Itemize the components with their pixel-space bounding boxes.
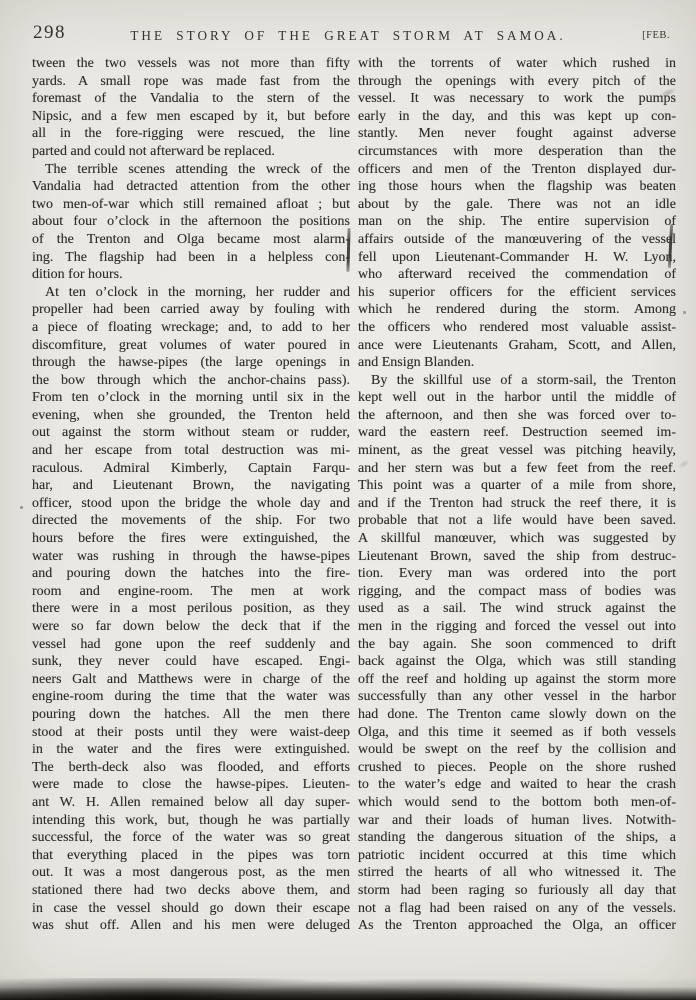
text-line: Vandalia had detracted attention from th… bbox=[32, 178, 350, 196]
text-line: about by the gale. There was not an idle bbox=[358, 196, 676, 214]
text-line: war and their loads of human lives. Notw… bbox=[358, 812, 676, 830]
text-line: were so far down below the deck that if … bbox=[32, 618, 350, 636]
text-line: probable that not a life would have been… bbox=[358, 512, 676, 530]
text-line: early in the day, and this was kept up c… bbox=[358, 108, 676, 126]
text-line: stationed there had two decks above them… bbox=[32, 882, 350, 900]
text-line: Lieutenant Brown, saved the ship from de… bbox=[358, 548, 676, 566]
text-line: standing the dangerous situation of the … bbox=[358, 829, 676, 847]
text-line: through the openings with every pitch of… bbox=[358, 73, 676, 91]
text-line: there were in a most perilous position, … bbox=[32, 600, 350, 618]
text-line: propeller had been carried away by fouli… bbox=[32, 301, 350, 319]
text-line: ing those hours when the flagship was be… bbox=[358, 178, 676, 196]
text-line: the officers who rendered most valuable … bbox=[358, 319, 676, 337]
text-line: circumstances with more desperation than… bbox=[358, 143, 676, 161]
text-line: directed the movements of the ship. For … bbox=[32, 512, 350, 530]
text-line: off the reef and holding up against the … bbox=[358, 671, 676, 689]
text-line: affairs outside of the manœuvering of th… bbox=[358, 231, 676, 249]
text-line: his superior officers for the efficient … bbox=[358, 284, 676, 302]
text-line: ant W. H. Allen remained below all day s… bbox=[32, 794, 350, 812]
text-line: storm had been raging so furiously all d… bbox=[358, 882, 676, 900]
text-line: officers and men of the Trenton displaye… bbox=[358, 161, 676, 179]
text-line: The berth-deck also was flooded, and eff… bbox=[32, 759, 350, 777]
text-line: water was rushing in through the hawse-p… bbox=[32, 548, 350, 566]
text-line: in the water and the fires were extingui… bbox=[32, 741, 350, 759]
text-line: the afternoon, and then she was forced o… bbox=[358, 407, 676, 425]
pencil-smudge bbox=[677, 458, 690, 469]
text-line: out against the storm without steam or r… bbox=[32, 424, 350, 442]
text-body: tween the two vessels was not more than … bbox=[32, 55, 676, 935]
text-line: foremast of the Vandalia to the stern of… bbox=[32, 90, 350, 108]
scanned-page: 298 THE STORY OF THE GREAT STORM AT SAMO… bbox=[0, 0, 696, 1000]
text-line: out. It was a most dangerous post, as th… bbox=[32, 864, 350, 882]
text-line: successfully than any other vessel in th… bbox=[358, 688, 676, 706]
text-line: crushed to pieces. People on the shore r… bbox=[358, 759, 676, 777]
text-line: the bow through which the anchor-chains … bbox=[32, 372, 350, 390]
text-line: the bay again. She soon commenced to dri… bbox=[358, 636, 676, 654]
text-line: of the Trenton and Olga became most alar… bbox=[32, 231, 350, 249]
text-line: intending this work, but, though he was … bbox=[32, 812, 350, 830]
text-line: ance were Lieutenants Graham, Scott, and… bbox=[358, 337, 676, 355]
text-line: not a flag had been raised on any of the… bbox=[358, 900, 676, 918]
text-line: room and engine-room. The men at work bbox=[32, 583, 350, 601]
text-line: yards. A small rope was made fast from t… bbox=[32, 73, 350, 91]
ink-speck bbox=[683, 311, 686, 314]
text-line: stantly. Men never fought against advers… bbox=[358, 125, 676, 143]
text-line: minent, as the great vessel was pitching… bbox=[358, 442, 676, 460]
text-line: kept well out in the harbor until the mi… bbox=[358, 389, 676, 407]
text-line: and Ensign Blanden. bbox=[358, 354, 676, 372]
text-line: As the Trenton approached the Olga, an o… bbox=[358, 917, 676, 935]
text-line: which he rendered during the storm. Amon… bbox=[358, 301, 676, 319]
text-line: to the water’s edge and waited to hear t… bbox=[358, 776, 676, 794]
text-line: a piece of floating wreckage; and, to ad… bbox=[32, 319, 350, 337]
text-line: dition for hours. bbox=[32, 266, 350, 284]
text-line: would be swept on the reef by the collis… bbox=[358, 741, 676, 759]
running-title: THE STORY OF THE GREAT STORM AT SAMOA. bbox=[130, 28, 565, 44]
text-line: used as a sail. The wind struck against … bbox=[358, 600, 676, 618]
text-line: har, and Lieutenant Brown, the navigatin… bbox=[32, 477, 350, 495]
text-line: hours before the fires were extinguished… bbox=[32, 530, 350, 548]
right-column: with the torrents of water which rushed … bbox=[358, 55, 676, 935]
text-line: stirred the hearts of all who witnessed … bbox=[358, 864, 676, 882]
text-line: neers Galt and Matthews were in charge o… bbox=[32, 671, 350, 689]
text-line: that everything placed in the pipes was … bbox=[32, 847, 350, 865]
text-line: two men-of-war which still remained aflo… bbox=[32, 196, 350, 214]
text-line: successful, the force of the water was s… bbox=[32, 829, 350, 847]
text-line: vessel. It was necessary to work the pum… bbox=[358, 90, 676, 108]
text-line: who afterward received the commendation … bbox=[358, 266, 676, 284]
text-line: A skillful manœuver, which was suggested… bbox=[358, 530, 676, 548]
text-line: which would send to the bottom both men-… bbox=[358, 794, 676, 812]
text-line: parted and could not afterward be replac… bbox=[32, 143, 350, 161]
text-line: From ten o’clock in the morning until si… bbox=[32, 389, 350, 407]
text-line: and her stern was but a few feet from th… bbox=[358, 460, 676, 478]
text-line: and her escape from total destruction wa… bbox=[32, 442, 350, 460]
page-bottom-scan-shadow bbox=[0, 978, 696, 1000]
text-line: rigging, and the compact mass of bodies … bbox=[358, 583, 676, 601]
text-line: Olga, and this time it seemed as if both… bbox=[358, 724, 676, 742]
text-line: officer, stood upon the bridge the whole… bbox=[32, 495, 350, 513]
text-line: The terrible scenes attending the wreck … bbox=[32, 161, 350, 179]
text-line: through the hawse-pipes (the large openi… bbox=[32, 354, 350, 372]
text-line: patriotic incident occurred at this time… bbox=[358, 847, 676, 865]
text-line: fell upon Lieutenant-Commander H. W. Lyo… bbox=[358, 249, 676, 267]
text-line: tween the two vessels was not more than … bbox=[32, 55, 350, 73]
text-line: By the skillful use of a storm-sail, the… bbox=[358, 372, 676, 390]
text-line: stood at their posts until they were wai… bbox=[32, 724, 350, 742]
text-line: At ten o’clock in the morning, her rudde… bbox=[32, 284, 350, 302]
text-line: engine-room during the time that the wat… bbox=[32, 688, 350, 706]
text-line: about four o’clock in the afternoon the … bbox=[32, 213, 350, 231]
text-line: had done. The Trenton came slowly down o… bbox=[358, 706, 676, 724]
text-line: man on the ship. The entire supervision … bbox=[358, 213, 676, 231]
ink-speck bbox=[20, 506, 23, 509]
text-line: in case the vessel should go down their … bbox=[32, 900, 350, 918]
page-number: 298 bbox=[33, 22, 66, 44]
text-line: all in the fore-rigging were rescued, th… bbox=[32, 125, 350, 143]
text-line: and pouring down the hatches into the fi… bbox=[32, 565, 350, 583]
text-line: evening, when she grounded, the Trenton … bbox=[32, 407, 350, 425]
text-line: with the torrents of water which rushed … bbox=[358, 55, 676, 73]
text-line: pouring down the hatches. All the men th… bbox=[32, 706, 350, 724]
text-line: and if the Trenton had struck the reef t… bbox=[358, 495, 676, 513]
text-line: discomfiture, great volumes of water pou… bbox=[32, 337, 350, 355]
left-column: tween the two vessels was not more than … bbox=[32, 55, 350, 935]
text-line: were made to close the hawse-pipes. Lieu… bbox=[32, 776, 350, 794]
issue-label: [FEB. bbox=[642, 30, 670, 41]
text-line: was shut off. Allen and his men were del… bbox=[32, 917, 350, 935]
text-line: tion. Every man was ordered into the por… bbox=[358, 565, 676, 583]
text-line: back against the Olga, which was still s… bbox=[358, 653, 676, 671]
text-line: raculous. Admiral Kimberly, Captain Farq… bbox=[32, 460, 350, 478]
text-line: ward the eastern reef. Destruction seeme… bbox=[358, 424, 676, 442]
text-line: sunk, they never could have escaped. Eng… bbox=[32, 653, 350, 671]
text-line: This point was a quarter of a mile from … bbox=[358, 477, 676, 495]
text-line: men in the rigging and forced the vessel… bbox=[358, 618, 676, 636]
text-line: ing. The flagship had been in a helpless… bbox=[32, 249, 350, 267]
text-line: vessel had gone upon the reef suddenly a… bbox=[32, 636, 350, 654]
text-line: Nipsic, and a few men escaped by it, but… bbox=[32, 108, 350, 126]
